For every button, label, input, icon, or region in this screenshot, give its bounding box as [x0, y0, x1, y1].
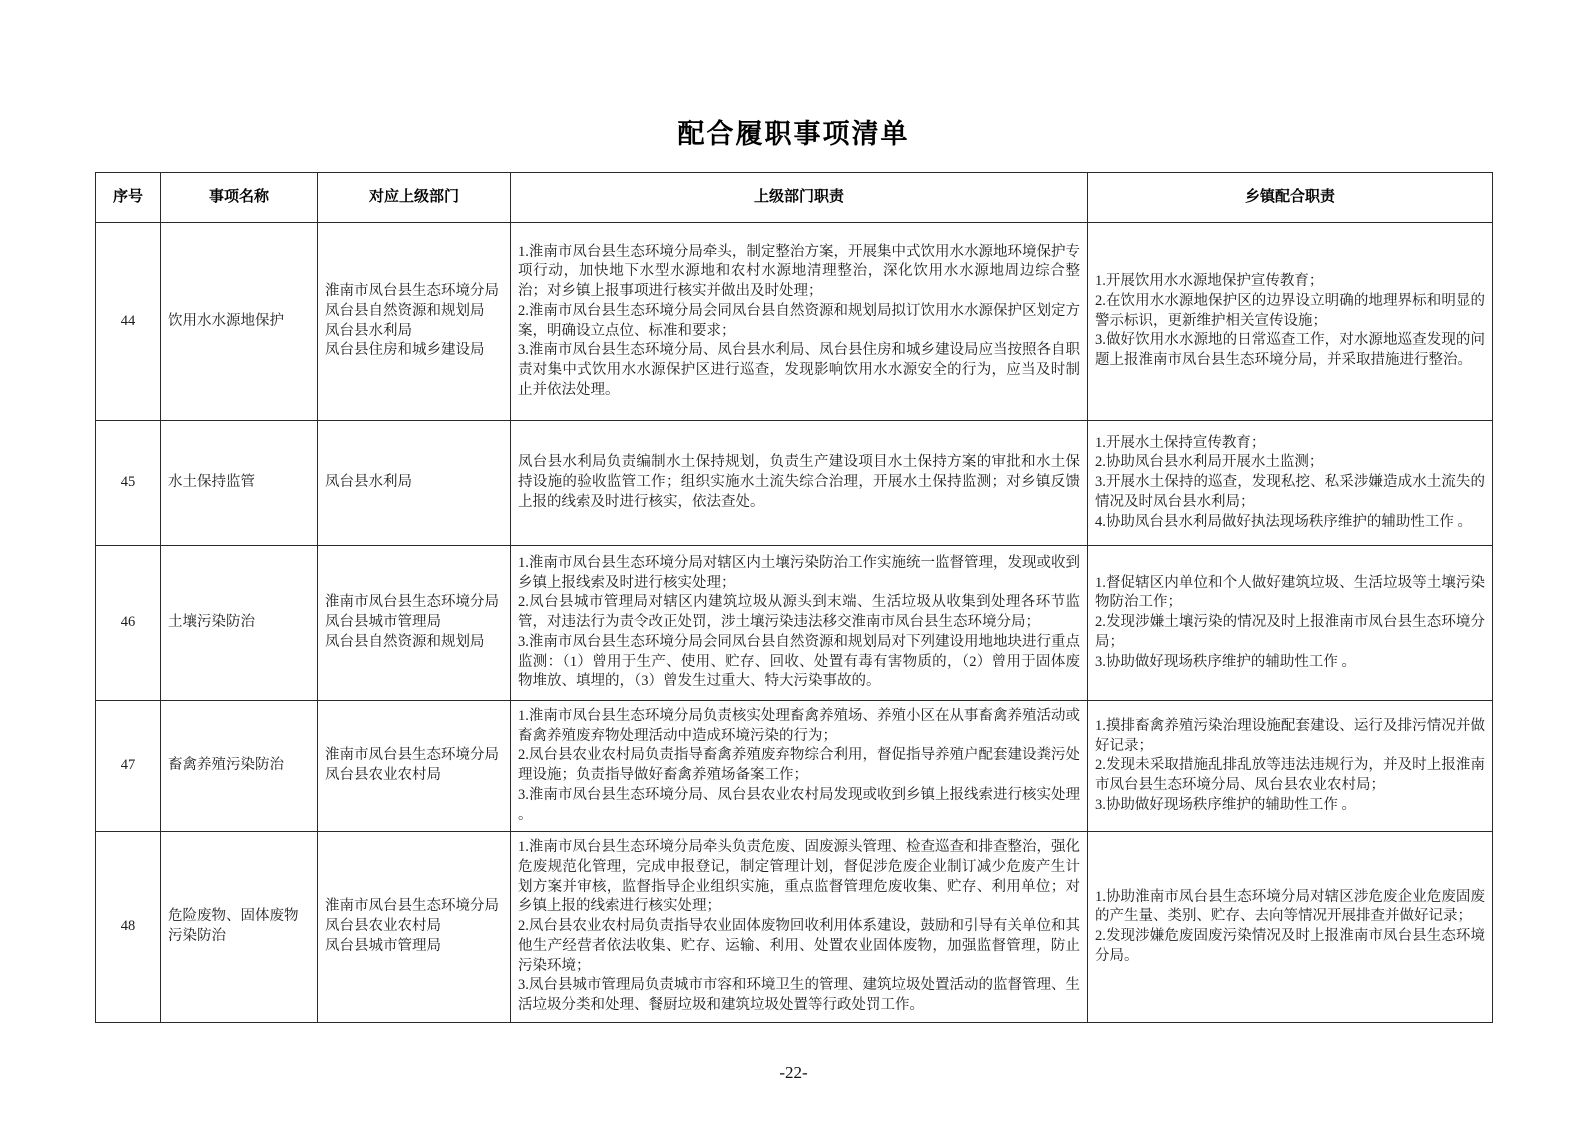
row-48-departments: 淮南市凤台县生态环境分局 凤台县农业农村局 凤台县城市管理局	[318, 832, 511, 1022]
table-header-row: 序号 事项名称 对应上级部门 上级部门职责 乡镇配合职责	[96, 173, 1493, 223]
row-44-township-duties: 1.开展饮用水水源地保护宣传教育； 2.在饮用水水源地保护区的边界设立明确的地理…	[1088, 223, 1493, 421]
table-row: 48 危险废物、固体废物污染防治 淮南市凤台县生态环境分局 凤台县农业农村局 凤…	[96, 832, 1493, 1022]
header-superior-duties: 上级部门职责	[511, 173, 1088, 223]
row-45-item-name: 水土保持监管	[161, 421, 318, 546]
row-48-seq-no: 48	[96, 832, 161, 1022]
header-superior-department: 对应上级部门	[318, 173, 511, 223]
row-48-township-duties: 1.协助淮南市凤台县生态环境分局对辖区涉危废企业危废固废的产生量、类别、贮存、去…	[1088, 832, 1493, 1022]
table-row: 46 土壤污染防治 淮南市凤台县生态环境分局 凤台县城市管理局 凤台县自然资源和…	[96, 546, 1493, 701]
row-48-superior-duties: 1.淮南市凤台县生态环境分局牵头负责危废、固废源头管理、检查巡查和排查整治，强化…	[511, 832, 1088, 1022]
row-44-seq-no: 44	[96, 223, 161, 421]
row-44-superior-duties: 1.淮南市凤台县生态环境分局牵头，制定整治方案，开展集中式饮用水水源地环境保护专…	[511, 223, 1088, 421]
header-township-duties: 乡镇配合职责	[1088, 173, 1493, 223]
table-row: 44 饮用水水源地保护 淮南市凤台县生态环境分局 凤台县自然资源和规划局 凤台县…	[96, 223, 1493, 421]
duty-table: 序号 事项名称 对应上级部门 上级部门职责 乡镇配合职责 44 饮用水水源地保护…	[95, 172, 1493, 1023]
row-45-township-duties: 1.开展水土保持宣传教育； 2.协助凤台县水利局开展水土监测； 3.开展水土保持…	[1088, 421, 1493, 546]
row-47-departments: 淮南市凤台县生态环境分局 凤台县农业农村局	[318, 701, 511, 832]
row-45-departments: 凤台县水利局	[318, 421, 511, 546]
table-row: 45 水土保持监管 凤台县水利局 凤台县水利局负责编制水土保持规划，负责生产建设…	[96, 421, 1493, 546]
row-47-item-name: 畜禽养殖污染防治	[161, 701, 318, 832]
row-44-departments: 淮南市凤台县生态环境分局 凤台县自然资源和规划局 凤台县水利局 凤台县住房和城乡…	[318, 223, 511, 421]
row-46-seq-no: 46	[96, 546, 161, 701]
row-44-item-name: 饮用水水源地保护	[161, 223, 318, 421]
page-number: -22-	[0, 1063, 1587, 1083]
row-46-departments: 淮南市凤台县生态环境分局 凤台县城市管理局 凤台县自然资源和规划局	[318, 546, 511, 701]
row-46-item-name: 土壤污染防治	[161, 546, 318, 701]
row-45-superior-duties: 凤台县水利局负责编制水土保持规划，负责生产建设项目水土保持方案的审批和水土保持设…	[511, 421, 1088, 546]
row-46-township-duties: 1.督促辖区内单位和个人做好建筑垃圾、生活垃圾等土壤污染物防治工作； 2.发现涉…	[1088, 546, 1493, 701]
row-47-seq-no: 47	[96, 701, 161, 832]
page-title: 配合履职事项清单	[0, 112, 1587, 151]
table-row: 47 畜禽养殖污染防治 淮南市凤台县生态环境分局 凤台县农业农村局 1.淮南市凤…	[96, 701, 1493, 832]
row-47-township-duties: 1.摸排畜禽养殖污染治理设施配套建设、运行及排污情况并做好记录； 2.发现未采取…	[1088, 701, 1493, 832]
row-45-seq-no: 45	[96, 421, 161, 546]
header-seq-no: 序号	[96, 173, 161, 223]
row-46-superior-duties: 1.淮南市凤台县生态环境分局对辖区内土壤污染防治工作实施统一监督管理，发现或收到…	[511, 546, 1088, 701]
row-47-superior-duties: 1.淮南市凤台县生态环境分局负责核实处理畜禽养殖场、养殖小区在从事畜禽养殖活动或…	[511, 701, 1088, 832]
header-item-name: 事项名称	[161, 173, 318, 223]
row-48-item-name: 危险废物、固体废物污染防治	[161, 832, 318, 1022]
